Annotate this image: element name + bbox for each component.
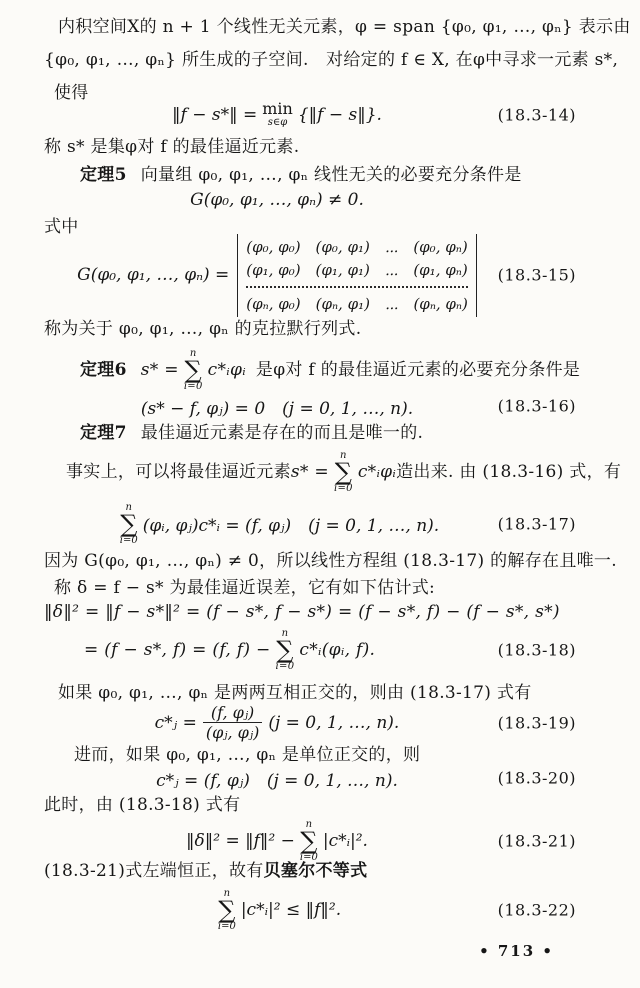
fact-pre-text: 事实上，可以将最佳逼近元素 <box>66 461 291 484</box>
text-line: 称 δ = f − s* 为最佳逼近误差，它有如下估计式: <box>44 577 588 600</box>
equation-18-3-14: ‖f − s*‖ = min s∈φ {‖f − s‖}. (18.3-14) <box>44 96 578 134</box>
eq20-body: c*ⱼ = (f, φⱼ) (j = 0, 1, …, n). <box>156 766 398 791</box>
equation-number: (18.3-15) <box>498 266 576 285</box>
equation-number: (18.3-19) <box>498 714 576 733</box>
theorem-5-text: 向量组 φ₀, φ₁, …, φₙ 线性无关的必要充分条件是 <box>141 165 522 185</box>
eq21-pre: ‖δ‖² = ‖f‖² − <box>186 831 295 851</box>
equation-number: (18.3-22) <box>498 901 576 920</box>
eq21-post: |c*ᵢ|². <box>323 831 368 851</box>
scanned-textbook-page: 内积空间X的 n + 1 个线性无关元素，φ = span {φ₀, φ₁, …… <box>0 0 640 988</box>
summation-symbol: n ∑ i=0 <box>334 450 353 495</box>
theorem-7-label: 定理7 <box>80 423 127 443</box>
det-row-2: (φ₁, φ₀) (φ₁, φ₁) ⋯ (φ₁, φₙ) <box>246 260 468 280</box>
bessel-pre: (18.3-21)式左端恒正，故有 <box>44 861 264 881</box>
fraction: (f, φⱼ) (φⱼ, φⱼ) <box>203 704 263 743</box>
eq17-body: (φᵢ, φⱼ)c*ᵢ = (f, φⱼ) (j = 0, 1, …, n). <box>143 511 439 536</box>
fact-pre-math: s* = <box>291 461 329 484</box>
paragraph-line: {φ₀, φ₁, …, φₙ} 所生成的子空间. 对给定的 f ∈ X, 在φ中… <box>44 49 578 72</box>
equation-number: (18.3-18) <box>498 639 576 662</box>
bessel-term: 贝塞尔不等式 <box>264 861 368 881</box>
det-row-3: (φₙ, φ₀) (φₙ, φ₁) ⋯ (φₙ, φₙ) <box>246 294 468 314</box>
eq14-rhs: {‖f − s‖}. <box>298 105 382 125</box>
bessel-line: (18.3-21)式左端恒正，故有贝塞尔不等式 <box>44 860 578 883</box>
fact-line: 事实上，可以将最佳逼近元素 s* = n ∑ i=0 c*ᵢφᵢ 造出来. 由 … <box>44 448 600 496</box>
summation-symbol: n ∑ i=0 <box>184 348 203 393</box>
equation-number: (18.3-21) <box>498 832 576 851</box>
summation-symbol: n ∑ i=0 <box>218 888 236 933</box>
equation-number: (18.3-14) <box>498 106 576 125</box>
equation-18-3-20: c*ⱼ = (f, φⱼ) (j = 0, 1, …, n). (18.3-20… <box>44 764 578 792</box>
equation-gram-nonzero: G(φ₀, φ₁, …, φₙ) ≠ 0. <box>44 186 578 214</box>
equation-number: (18.3-17) <box>498 515 576 534</box>
fact-post-text: 造出来. 由 (18.3-16) 式，有 <box>396 461 621 484</box>
equation-18-3-21: ‖δ‖² = ‖f‖² − n ∑ i=0 |c*ᵢ|². (18.3-21) <box>44 816 578 866</box>
theorem-6-math: s* = <box>141 359 179 382</box>
theorem-7-text: 最佳逼近元素是存在的而且是唯一的. <box>141 423 424 443</box>
fraction-numerator: (f, φⱼ) <box>208 704 257 722</box>
equation-18-3-22: n ∑ i=0 |c*ᵢ|² ≤ ‖f‖². (18.3-22) <box>44 884 578 936</box>
text-line: 称 s* 是集φ对 f 的最佳逼近元素. <box>44 136 578 159</box>
fact-post-math: c*ᵢφᵢ <box>358 461 396 484</box>
eq19-lhs: c*ⱼ = <box>155 713 197 733</box>
summation-symbol: n ∑ i=0 <box>300 819 318 864</box>
theorem-5: 定理5向量组 φ₀, φ₁, …, φₙ 线性无关的必要充分条件是 <box>44 164 614 187</box>
eq14-lhs: ‖f − s*‖ = <box>172 105 257 125</box>
eq15-lhs: G(φ₀, φ₁, …, φₙ) = <box>77 265 229 285</box>
equation-18-3-18-line2: = (f − s*, f) = (f, f) − n ∑ i=0 c*ᵢ(φᵢ,… <box>44 624 578 676</box>
page-number: • 713 • <box>479 942 554 960</box>
det-row-1: (φ₀, φ₀) (φ₀, φ₁) ⋯ (φ₀, φₙ) <box>246 237 468 257</box>
equation-18-3-15: G(φ₀, φ₁, …, φₙ) = (φ₀, φ₀) (φ₀, φ₁) ⋯ (… <box>44 230 578 320</box>
text-line: 此时，由 (18.3-18) 式有 <box>44 794 578 817</box>
eq19-post: (j = 0, 1, …, n). <box>268 713 399 733</box>
theorem-6: 定理6 s* = n ∑ i=0 c*ᵢφᵢ 是φ对 f 的最佳逼近元素的必要充… <box>44 346 614 394</box>
eq18-line2-post: c*ᵢ(φᵢ, f). <box>299 639 375 662</box>
equation-number: (18.3-16) <box>498 397 576 416</box>
theorem-7: 定理7最佳逼近元素是存在的而且是唯一的. <box>44 422 614 445</box>
eq18-line2-pre: = (f − s*, f) = (f, f) − <box>44 639 271 662</box>
eq16-body: (s* − f, φⱼ) = 0 (j = 0, 1, …, n). <box>141 394 413 419</box>
summation-symbol: n ∑ i=0 <box>120 502 138 547</box>
gram-condition: G(φ₀, φ₁, …, φₙ) ≠ 0. <box>190 190 364 210</box>
fraction-denominator: (φⱼ, φⱼ) <box>203 722 263 742</box>
equation-number: (18.3-20) <box>498 769 576 788</box>
det-dots-row <box>246 286 468 288</box>
eq22-body: |c*ᵢ|² ≤ ‖f‖². <box>241 900 341 920</box>
paragraph-line: 内积空间X的 n + 1 个线性无关元素，φ = span {φ₀, φ₁, …… <box>44 16 592 39</box>
gram-determinant: (φ₀, φ₀) (φ₀, φ₁) ⋯ (φ₀, φₙ) (φ₁, φ₀) (φ… <box>237 234 477 317</box>
summation-symbol: n ∑ i=0 <box>276 628 295 673</box>
theorem-6-label: 定理6 <box>80 359 127 382</box>
theorem-6-text: 是φ对 f 的最佳逼近元素的必要充分条件是 <box>256 359 580 382</box>
equation-18-3-18-line1: ‖δ‖² = ‖f − s*‖² = (f − s*, f − s*) = (f… <box>44 601 578 624</box>
equation-18-3-17: n ∑ i=0 (φᵢ, φⱼ)c*ᵢ = (f, φⱼ) (j = 0, 1,… <box>44 498 578 550</box>
theorem-5-label: 定理5 <box>80 165 127 185</box>
equation-18-3-16: (s* − f, φⱼ) = 0 (j = 0, 1, …, n). (18.3… <box>44 392 578 420</box>
text-line: 称为关于 φ₀, φ₁, …, φₙ 的克拉默行列式. <box>44 318 578 341</box>
text-line: 因为 G(φ₀, φ₁, …, φₙ) ≠ 0，所以线性方程组 (18.3-17… <box>44 550 578 573</box>
theorem-6-math2: c*ᵢφᵢ <box>208 359 246 382</box>
min-operator: min s∈φ <box>262 101 293 129</box>
